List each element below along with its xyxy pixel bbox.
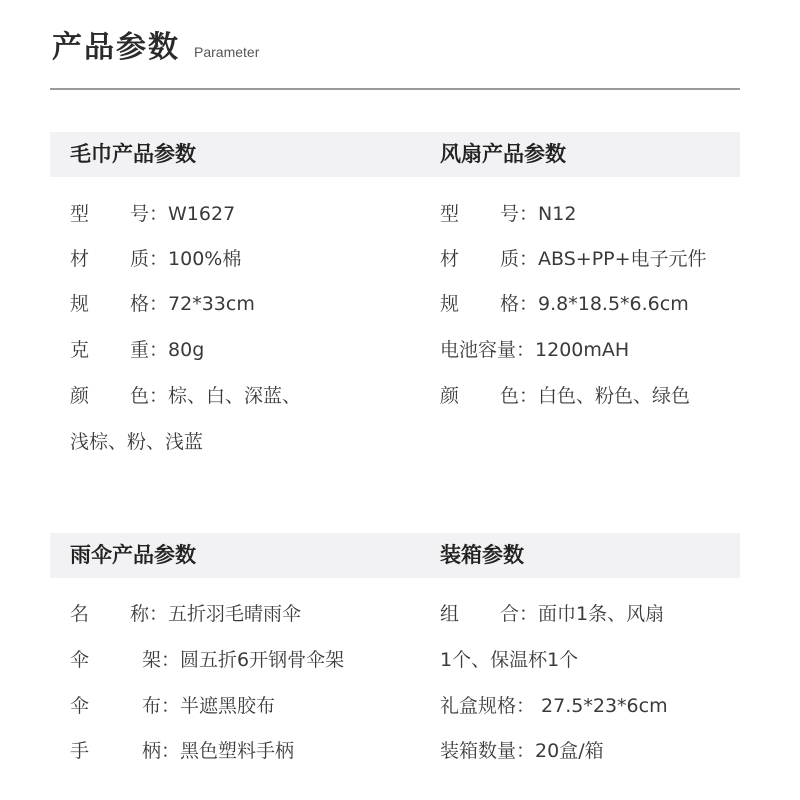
row-label: 称： bbox=[130, 602, 168, 626]
fan-section-title: 风扇产品参数 bbox=[440, 132, 566, 177]
row-label: 色： bbox=[500, 384, 538, 408]
row-value: 棕、白、深蓝、 bbox=[168, 384, 301, 408]
towel-row-model: 型 号： W1627 bbox=[70, 202, 235, 226]
row-value: 圆五折6开钢骨伞架 bbox=[180, 648, 344, 672]
packing-section-title: 装箱参数 bbox=[440, 533, 524, 578]
row-label: 号： bbox=[130, 202, 168, 226]
row-label: 质： bbox=[130, 247, 168, 271]
packing-row-combo-continuation: 1个、保温杯1个 bbox=[440, 648, 578, 672]
row-label: 型 bbox=[70, 202, 130, 226]
towel-row-size: 规 格： 72*33cm bbox=[70, 292, 255, 316]
towel-section-title: 毛巾产品参数 bbox=[70, 132, 196, 177]
packing-row-giftbox-size: 礼盒规格： 27.5*23*6cm bbox=[440, 694, 668, 718]
row-value: 浅棕、粉、浅蓝 bbox=[70, 430, 203, 454]
towel-row-material: 材 质： 100%棉 bbox=[70, 247, 241, 271]
fan-row-size: 规 格： 9.8*18.5*6.6cm bbox=[440, 292, 689, 316]
row-label: 手 bbox=[70, 739, 142, 763]
fan-row-material: 材 质： ABS+PP+电子元件 bbox=[440, 247, 707, 271]
row-value: 半遮黑胶布 bbox=[180, 694, 275, 718]
row-value: 黑色塑料手柄 bbox=[180, 739, 294, 763]
row-label: 柄： bbox=[142, 739, 180, 763]
umbrella-row-name: 名 称： 五折羽毛晴雨伞 bbox=[70, 602, 301, 626]
row-value: ABS+PP+电子元件 bbox=[538, 247, 707, 271]
row-label: 礼盒规格： bbox=[440, 694, 535, 718]
row-value: 1个、保温杯1个 bbox=[440, 648, 578, 672]
page-title-cn: 产品参数 bbox=[52, 22, 180, 66]
row-label: 号： bbox=[500, 202, 538, 226]
row-value: 80g bbox=[168, 338, 204, 362]
row-label: 架： bbox=[142, 648, 180, 672]
row-value: 72*33cm bbox=[168, 292, 255, 316]
row-label: 格： bbox=[500, 292, 538, 316]
fan-row-color: 颜 色： 白色、粉色、绿色 bbox=[440, 384, 690, 408]
row-label: 合： bbox=[500, 602, 538, 626]
title-divider bbox=[50, 88, 740, 90]
umbrella-section-title: 雨伞产品参数 bbox=[70, 533, 196, 578]
row-label: 电池容量： bbox=[440, 338, 535, 362]
towel-row-color: 颜 色： 棕、白、深蓝、 bbox=[70, 384, 301, 408]
row-label: 伞 bbox=[70, 648, 142, 672]
row-label: 布： bbox=[142, 694, 180, 718]
row-value: 面巾1条、风扇 bbox=[538, 602, 664, 626]
umbrella-row-frame: 伞 架： 圆五折6开钢骨伞架 bbox=[70, 648, 344, 672]
row-label: 型 bbox=[440, 202, 500, 226]
packing-row-combo: 组 合： 面巾1条、风扇 bbox=[440, 602, 664, 626]
row-label: 重： bbox=[130, 338, 168, 362]
page-title: 产品参数 Parameter bbox=[52, 22, 259, 66]
row-label: 材 bbox=[70, 247, 130, 271]
towel-row-color-continuation: 浅棕、粉、浅蓝 bbox=[70, 430, 203, 454]
row-label: 颜 bbox=[70, 384, 130, 408]
umbrella-row-handle: 手 柄： 黑色塑料手柄 bbox=[70, 739, 294, 763]
packing-row-quantity: 装箱数量： 20盒/箱 bbox=[440, 739, 604, 763]
row-value: 1200mAH bbox=[535, 338, 629, 362]
row-value: 27.5*23*6cm bbox=[535, 694, 668, 718]
row-label: 色： bbox=[130, 384, 168, 408]
fan-row-battery: 电池容量： 1200mAH bbox=[440, 338, 629, 362]
row-value: 白色、粉色、绿色 bbox=[538, 384, 690, 408]
row-label: 装箱数量： bbox=[440, 739, 535, 763]
row-label: 组 bbox=[440, 602, 500, 626]
page-title-en: Parameter bbox=[194, 44, 259, 60]
row-label: 伞 bbox=[70, 694, 142, 718]
row-label: 名 bbox=[70, 602, 130, 626]
umbrella-row-fabric: 伞 布： 半遮黑胶布 bbox=[70, 694, 275, 718]
row-value: W1627 bbox=[168, 202, 235, 226]
row-label: 材 bbox=[440, 247, 500, 271]
row-label: 颜 bbox=[440, 384, 500, 408]
row-value: 五折羽毛晴雨伞 bbox=[168, 602, 301, 626]
row-label: 克 bbox=[70, 338, 130, 362]
row-label: 规 bbox=[440, 292, 500, 316]
row-label: 格： bbox=[130, 292, 168, 316]
row-label: 规 bbox=[70, 292, 130, 316]
fan-row-model: 型 号： N12 bbox=[440, 202, 576, 226]
row-value: 9.8*18.5*6.6cm bbox=[538, 292, 689, 316]
towel-row-weight: 克 重： 80g bbox=[70, 338, 204, 362]
row-label: 质： bbox=[500, 247, 538, 271]
row-value: 100%棉 bbox=[168, 247, 241, 271]
row-value: 20盒/箱 bbox=[535, 739, 604, 763]
row-value: N12 bbox=[538, 202, 576, 226]
